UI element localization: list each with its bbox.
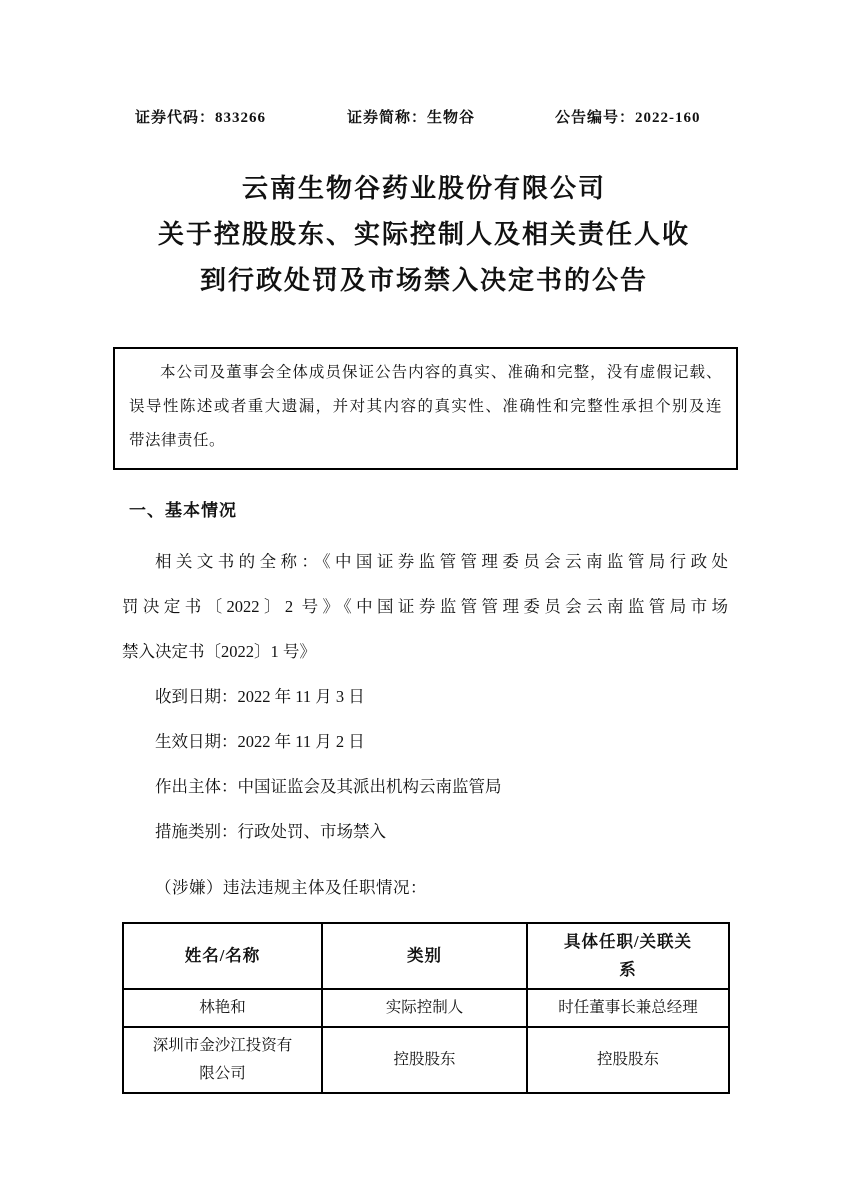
section-heading-basic-info: 一、基本情况	[129, 496, 237, 521]
disclaimer-box: 本公司及董事会全体成员保证公告内容的真实、准确和完整，没有虚假记载、 误导性陈述…	[113, 347, 738, 470]
document-title-line-2: 关于控股股东、实际控制人及相关责任人收	[62, 211, 786, 257]
basic-info-body: 相关文书的全称：《中国证券监管管理委员会云南监管局行政处 罚决定书〔2022〕2…	[122, 539, 728, 854]
stock-abbreviation: 证券简称：生物谷	[347, 106, 475, 127]
announcement-number: 公告编号：2022-160	[555, 106, 701, 127]
related-documents-line-2: 罚决定书〔2022〕2 号》《中国证券监管管理委员会云南监管局市场	[122, 584, 728, 629]
cell-name: 林艳和	[123, 989, 322, 1027]
table-row: 深圳市金沙江投资有限公司 控股股东 控股股东	[123, 1027, 729, 1093]
header-category-column: 类别	[322, 923, 527, 989]
related-documents-line-1: 相关文书的全称：《中国证券监管管理委员会云南监管局行政处	[122, 539, 728, 584]
document-title-line-3: 到行政处罚及市场禁入决定书的公告	[62, 257, 786, 303]
violation-table-caption: （涉嫌）违法违规主体及任职情况：	[155, 874, 427, 898]
cell-category: 实际控制人	[322, 989, 527, 1027]
received-date: 收到日期：2022 年 11 月 3 日	[122, 674, 728, 719]
cell-position: 时任董事长兼总经理	[527, 989, 729, 1027]
document-title-line-1: 云南生物谷药业股份有限公司	[62, 165, 786, 211]
disclaimer-line-3: 带法律责任。	[129, 424, 722, 458]
cell-name: 深圳市金沙江投资有限公司	[123, 1027, 322, 1093]
cell-position: 控股股东	[527, 1027, 729, 1093]
securities-info-line: 证券代码：833266 证券简称：生物谷 公告编号：2022-160	[0, 106, 848, 128]
violation-subjects-table: 姓名/名称 类别 具体任职/关联关系 林艳和 实际控制人 时任董事长兼总经理 深…	[122, 922, 730, 1094]
header-position-column: 具体任职/关联关系	[527, 923, 729, 989]
table-header-row: 姓名/名称 类别 具体任职/关联关系	[123, 923, 729, 989]
header-name-column: 姓名/名称	[123, 923, 322, 989]
cell-category: 控股股东	[322, 1027, 527, 1093]
effective-date: 生效日期：2022 年 11 月 2 日	[122, 719, 728, 764]
issuing-authority: 作出主体：中国证监会及其派出机构云南监管局	[122, 764, 728, 809]
table-row: 林艳和 实际控制人 时任董事长兼总经理	[123, 989, 729, 1027]
disclaimer-line-1: 本公司及董事会全体成员保证公告内容的真实、准确和完整，没有虚假记载、	[129, 356, 722, 390]
measure-category: 措施类别：行政处罚、市场禁入	[122, 809, 728, 854]
related-documents-line-3: 禁入决定书〔2022〕1 号》	[122, 629, 728, 674]
announcement-document-page: 证券代码：833266 证券简称：生物谷 公告编号：2022-160 云南生物谷…	[0, 0, 848, 1200]
document-title: 云南生物谷药业股份有限公司 关于控股股东、实际控制人及相关责任人收 到行政处罚及…	[62, 165, 786, 303]
disclaimer-line-2: 误导性陈述或者重大遗漏，并对其内容的真实性、准确性和完整性承担个别及连	[129, 390, 722, 424]
stock-code: 证券代码：833266	[135, 106, 266, 127]
